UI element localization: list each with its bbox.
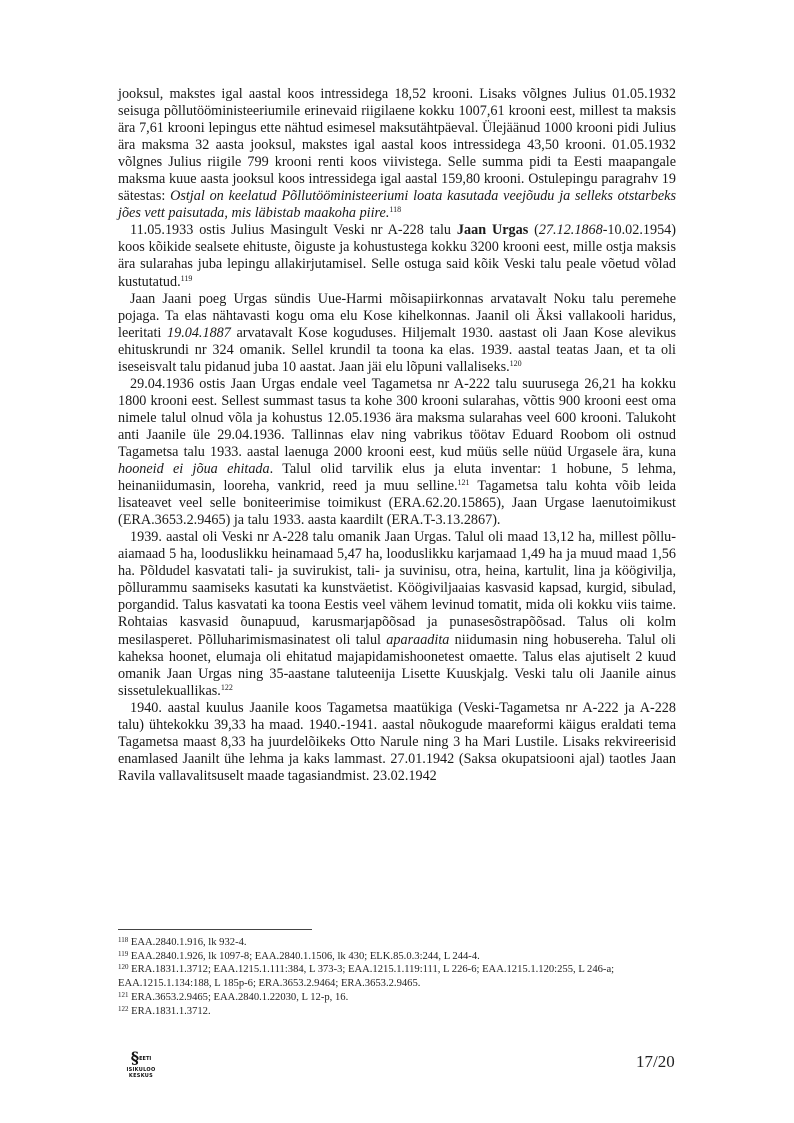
footnote-ref-121[interactable]: 121 xyxy=(458,478,470,487)
footnote-121: 121 ERA.3653.2.9465; EAA.2840.1.22030, L… xyxy=(118,991,678,1005)
footnote-119: 119 EAA.2840.1.926, lk 1097-8; EAA.2840.… xyxy=(118,950,678,964)
footnote-text: EAA.2840.1.926, lk 1097-8; EAA.2840.1.15… xyxy=(128,951,480,962)
birth-date: 27.12.1868 xyxy=(539,222,603,238)
footnote-ref-118[interactable]: 118 xyxy=(389,205,401,214)
footnote-118: 118 EAA.2840.1.916, lk 932-4. xyxy=(118,936,678,950)
paragraph-6: 1940. aastal kuulus Jaanile koos Tagamet… xyxy=(118,700,676,785)
logo-text-line-3: KESKUS xyxy=(118,1073,164,1079)
footnote-ref-120[interactable]: 120 xyxy=(510,359,522,368)
organization-logo: §EETI ISIKULOO KESKUS xyxy=(118,1048,164,1082)
footnote-number: 119 xyxy=(118,950,128,958)
paragraph-text: 29.04.1936 ostis Jaan Urgas endale veel … xyxy=(118,376,676,460)
footnote-text: EAA.2840.1.916, lk 932-4. xyxy=(128,937,246,948)
footnote-number: 122 xyxy=(118,1005,129,1013)
page-number: 17/20 xyxy=(636,1052,675,1072)
footnote-number: 118 xyxy=(118,936,128,944)
footnote-text: ERA.1831.1.3712. xyxy=(129,1006,211,1017)
logo-text-line-1: EETI xyxy=(139,1056,151,1062)
paragraph-4: 29.04.1936 ostis Jaan Urgas endale veel … xyxy=(118,376,676,529)
document-page: jooksul, makstes igal aastal koos intres… xyxy=(0,0,794,1123)
paragraph-text: 11.05.1933 ostis Julius Masingult Veski … xyxy=(130,222,457,238)
footnote-number: 120 xyxy=(118,963,129,971)
quoted-phrase: hooneid ei jõua ehitada xyxy=(118,461,270,477)
footnote-ref-122[interactable]: 122 xyxy=(221,683,233,692)
person-name: Jaan Urgas xyxy=(457,222,528,238)
footnote-122: 122 ERA.1831.1.3712. xyxy=(118,1005,678,1019)
paragraph-text: 1940. aastal kuulus Jaanile koos Tagamet… xyxy=(118,700,676,784)
footnotes: 118 EAA.2840.1.916, lk 932-4. 119 EAA.28… xyxy=(118,936,678,1018)
section-sign-logo-icon: § xyxy=(131,1051,139,1065)
paragraph-3: Jaan Jaani poeg Urgas sündis Uue-Harmi m… xyxy=(118,291,676,376)
paragraph-2: 11.05.1933 ostis Julius Masingult Veski … xyxy=(118,222,676,290)
paragraph-1: jooksul, makstes igal aastal koos intres… xyxy=(118,86,676,222)
paragraph-text: 1939. aastal oli Veski nr A-228 talu oma… xyxy=(118,529,676,647)
footnote-divider xyxy=(118,929,312,930)
footnote-text: ERA.3653.2.9465; EAA.2840.1.22030, L 12-… xyxy=(129,992,349,1003)
paragraph-5: 1939. aastal oli Veski nr A-228 talu oma… xyxy=(118,529,676,699)
paragraph-text: jooksul, makstes igal aastal koos intres… xyxy=(118,86,676,204)
quoted-word: aparaadita xyxy=(386,632,449,648)
footnote-text: ERA.1831.1.3712; EAA.1215.1.111:384, L 3… xyxy=(118,964,614,989)
body-text: jooksul, makstes igal aastal koos intres… xyxy=(118,86,676,785)
paragraph-text: ( xyxy=(528,222,539,238)
footnote-ref-119[interactable]: 119 xyxy=(181,274,193,283)
footnote-120: 120 ERA.1831.1.3712; EAA.1215.1.111:384,… xyxy=(118,963,678,990)
footnote-number: 121 xyxy=(118,991,129,999)
confirmation-date: 19.04.1887 xyxy=(167,325,231,341)
